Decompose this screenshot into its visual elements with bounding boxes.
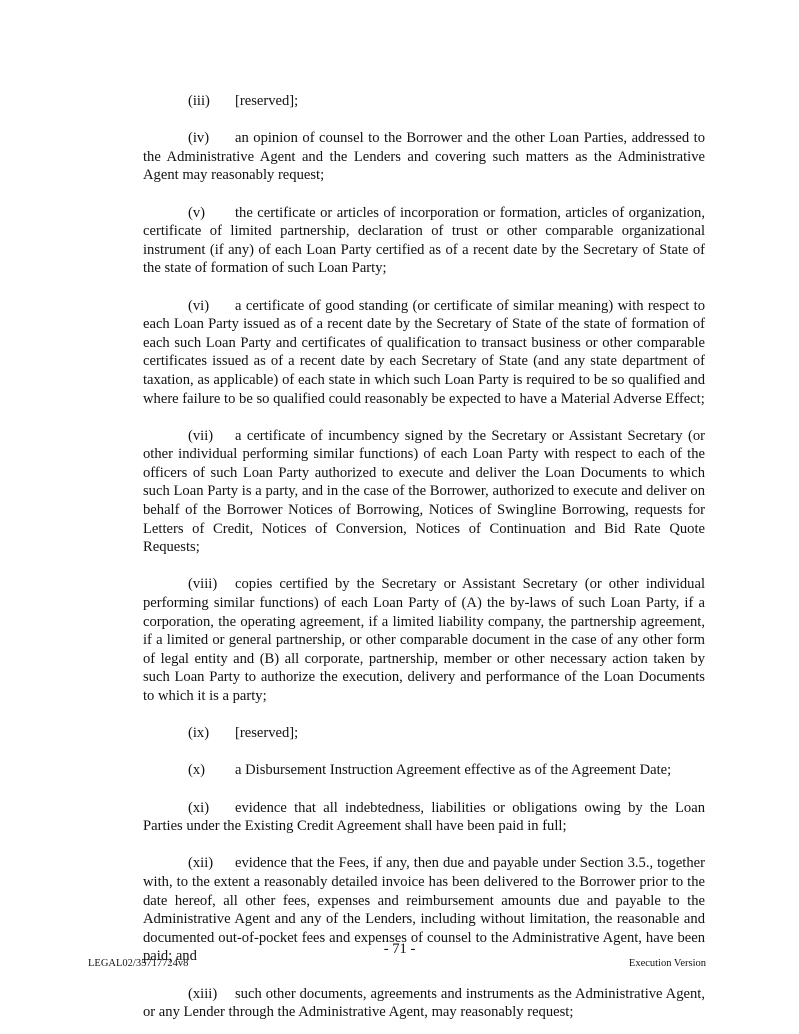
clause-number: (xi) [188, 799, 235, 818]
clause-text: a certificate of incumbency signed by th… [143, 428, 705, 556]
clause-x: (x)a Disbursement Instruction Agreement … [143, 761, 705, 780]
clause-number: (viii) [188, 575, 235, 594]
clause-text: [reserved]; [235, 93, 298, 109]
clause-v: (v)the certificate or articles of incorp… [143, 204, 705, 278]
clause-number: (v) [188, 204, 235, 223]
clause-number: (vii) [188, 427, 235, 446]
clause-number: (xii) [188, 854, 235, 873]
clause-xi: (xi)evidence that all indebtedness, liab… [143, 799, 705, 836]
version-label: Execution Version [629, 958, 706, 969]
clause-ix: (ix)[reserved]; [143, 724, 705, 743]
clause-number: (x) [188, 761, 235, 780]
clause-iv: (iv)an opinion of counsel to the Borrowe… [143, 129, 705, 185]
clause-text: copies certified by the Secretary or Ass… [143, 576, 705, 704]
clause-number: (xiii) [188, 985, 235, 1004]
clause-text: a Disbursement Instruction Agreement eff… [235, 762, 671, 778]
document-id: LEGAL02/35717724v8 [88, 958, 188, 969]
clause-number: (iii) [188, 92, 235, 111]
clause-text: [reserved]; [235, 725, 298, 741]
clause-number: (vi) [188, 297, 235, 316]
clause-viii: (viii)copies certified by the Secretary … [143, 575, 705, 705]
clause-number: (iv) [188, 129, 235, 148]
clause-vi: (vi)a certificate of good standing (or c… [143, 297, 705, 409]
page-number: - 71 - [0, 941, 799, 958]
document-body: (iii)[reserved]; (iv)an opinion of couns… [143, 92, 705, 1034]
clause-xiii: (xiii)such other documents, agreements a… [143, 985, 705, 1022]
clause-number: (ix) [188, 724, 235, 743]
clause-vii: (vii)a certificate of incumbency signed … [143, 427, 705, 557]
clause-iii: (iii)[reserved]; [143, 92, 705, 111]
